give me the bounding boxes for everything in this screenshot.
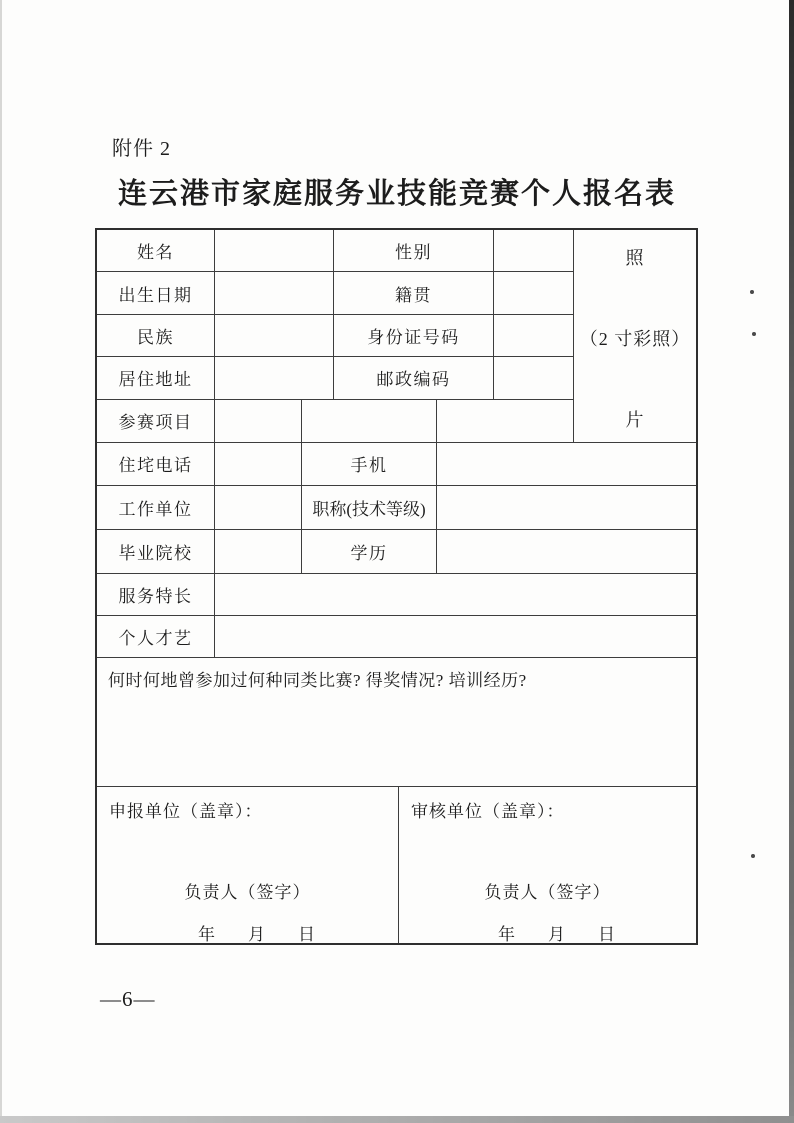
- birthdate-label: 出生日期: [97, 272, 215, 313]
- reviewing-unit-signer-label: 负责人（签字）: [411, 878, 684, 903]
- scan-artifact-dot: [750, 290, 754, 294]
- gender-label: 性别: [334, 230, 494, 271]
- education-value-cell: [437, 530, 696, 573]
- employer-label: 工作单位: [97, 486, 215, 529]
- table-row: 服务特长: [97, 574, 696, 616]
- gender-value-cell: [494, 230, 573, 271]
- table-middle-section: 住垞电话 手机 工作单位 职称(技术等级) 毕业院校 学历: [97, 442, 696, 574]
- table-row: 出生日期 籍贯: [97, 272, 573, 314]
- table-row: 居住地址 邮政编码: [97, 357, 573, 399]
- table-top-section: 姓名 性别 出生日期 籍贯 民族 身份证号码 居住地址 邮政编码: [97, 230, 696, 442]
- ethnicity-label: 民族: [97, 315, 215, 356]
- native-place-label: 籍贯: [334, 272, 494, 313]
- table-top-left-grid: 姓名 性别 出生日期 籍贯 民族 身份证号码 居住地址 邮政编码: [97, 230, 573, 442]
- table-row: 参赛项目: [97, 400, 573, 442]
- page-number: —6—: [100, 987, 156, 1012]
- service-specialty-value-cell: [215, 574, 696, 615]
- photo-box-text-middle: （2 寸彩照）: [580, 325, 691, 351]
- id-number-label: 身份证号码: [334, 315, 494, 356]
- mobile-value-cell: [437, 443, 696, 485]
- birthdate-value-cell: [215, 272, 334, 313]
- reviewing-unit-date-label: 年 月 日: [411, 920, 684, 945]
- table-wide-section: 服务特长 个人才艺: [97, 574, 696, 658]
- event-label: 参赛项目: [97, 400, 215, 442]
- declaring-unit-cell: 申报单位（盖章）： 负责人（签字） 年 月 日: [97, 787, 399, 943]
- address-value-cell: [215, 357, 334, 398]
- scan-right-edge: [789, 0, 794, 1123]
- reviewing-unit-seal-label: 审核单位（盖章）：: [411, 797, 684, 822]
- event-value-cell: [215, 400, 302, 442]
- scan-bottom-edge: [0, 1116, 794, 1123]
- declaring-unit-date-label: 年 月 日: [109, 920, 386, 945]
- personal-talent-value-cell: [215, 616, 696, 657]
- table-row: 姓名 性别: [97, 230, 573, 272]
- photo-box-text-bottom: 片: [626, 406, 645, 432]
- native-place-value-cell: [494, 272, 573, 313]
- attachment-label: 附件 2: [112, 132, 171, 161]
- photo-box-text-top: 照: [626, 244, 645, 270]
- name-label: 姓名: [97, 230, 215, 271]
- event-value-cell: [302, 400, 437, 442]
- school-label: 毕业院校: [97, 530, 215, 573]
- school-value-cell: [215, 530, 302, 573]
- event-value-cell: [437, 400, 573, 442]
- page-title: 连云港市家庭服务业技能竞赛个人报名表: [0, 171, 794, 212]
- scan-left-edge: [0, 0, 2, 1123]
- table-row: 工作单位 职称(技术等级): [97, 486, 696, 530]
- scanned-document-page: { "page": { "attachment_label": "附件 2", …: [0, 0, 794, 1123]
- personal-talent-label: 个人才艺: [97, 616, 215, 657]
- photo-box: 照 （2 寸彩照） 片: [573, 230, 696, 442]
- job-title-label: 职称(技术等级): [302, 486, 437, 529]
- competition-history-question: 何时何地曾参加过何种同类比赛? 得奖情况? 培训经历?: [108, 671, 527, 690]
- table-row: 民族 身份证号码: [97, 315, 573, 357]
- reviewing-unit-cell: 审核单位（盖章）： 负责人（签字） 年 月 日: [399, 787, 696, 943]
- mobile-label: 手机: [302, 443, 437, 485]
- signature-section: 申报单位（盖章）： 负责人（签字） 年 月 日 审核单位（盖章）： 负责人（签字…: [97, 787, 696, 943]
- postcode-label: 邮政编码: [334, 357, 494, 398]
- education-label: 学历: [302, 530, 437, 573]
- registration-form-table: 姓名 性别 出生日期 籍贯 民族 身份证号码 居住地址 邮政编码: [95, 228, 698, 945]
- declaring-unit-signer-label: 负责人（签字）: [109, 878, 386, 903]
- home-phone-label: 住垞电话: [97, 443, 215, 485]
- ethnicity-value-cell: [215, 315, 334, 356]
- table-row: 毕业院校 学历: [97, 530, 696, 574]
- competition-history-cell: 何时何地曾参加过何种同类比赛? 得奖情况? 培训经历?: [97, 658, 696, 787]
- home-phone-value-cell: [215, 443, 302, 485]
- job-title-value-cell: [437, 486, 696, 529]
- postcode-value-cell: [494, 357, 573, 398]
- employer-value-cell: [215, 486, 302, 529]
- declaring-unit-seal-label: 申报单位（盖章）：: [109, 797, 386, 822]
- service-specialty-label: 服务特长: [97, 574, 215, 615]
- id-number-value-cell: [494, 315, 573, 356]
- scan-artifact-dot: [751, 854, 755, 858]
- scan-artifact-dot: [752, 332, 756, 336]
- table-row: 住垞电话 手机: [97, 442, 696, 486]
- table-row: 个人才艺: [97, 616, 696, 658]
- name-value-cell: [215, 230, 334, 271]
- address-label: 居住地址: [97, 357, 215, 398]
